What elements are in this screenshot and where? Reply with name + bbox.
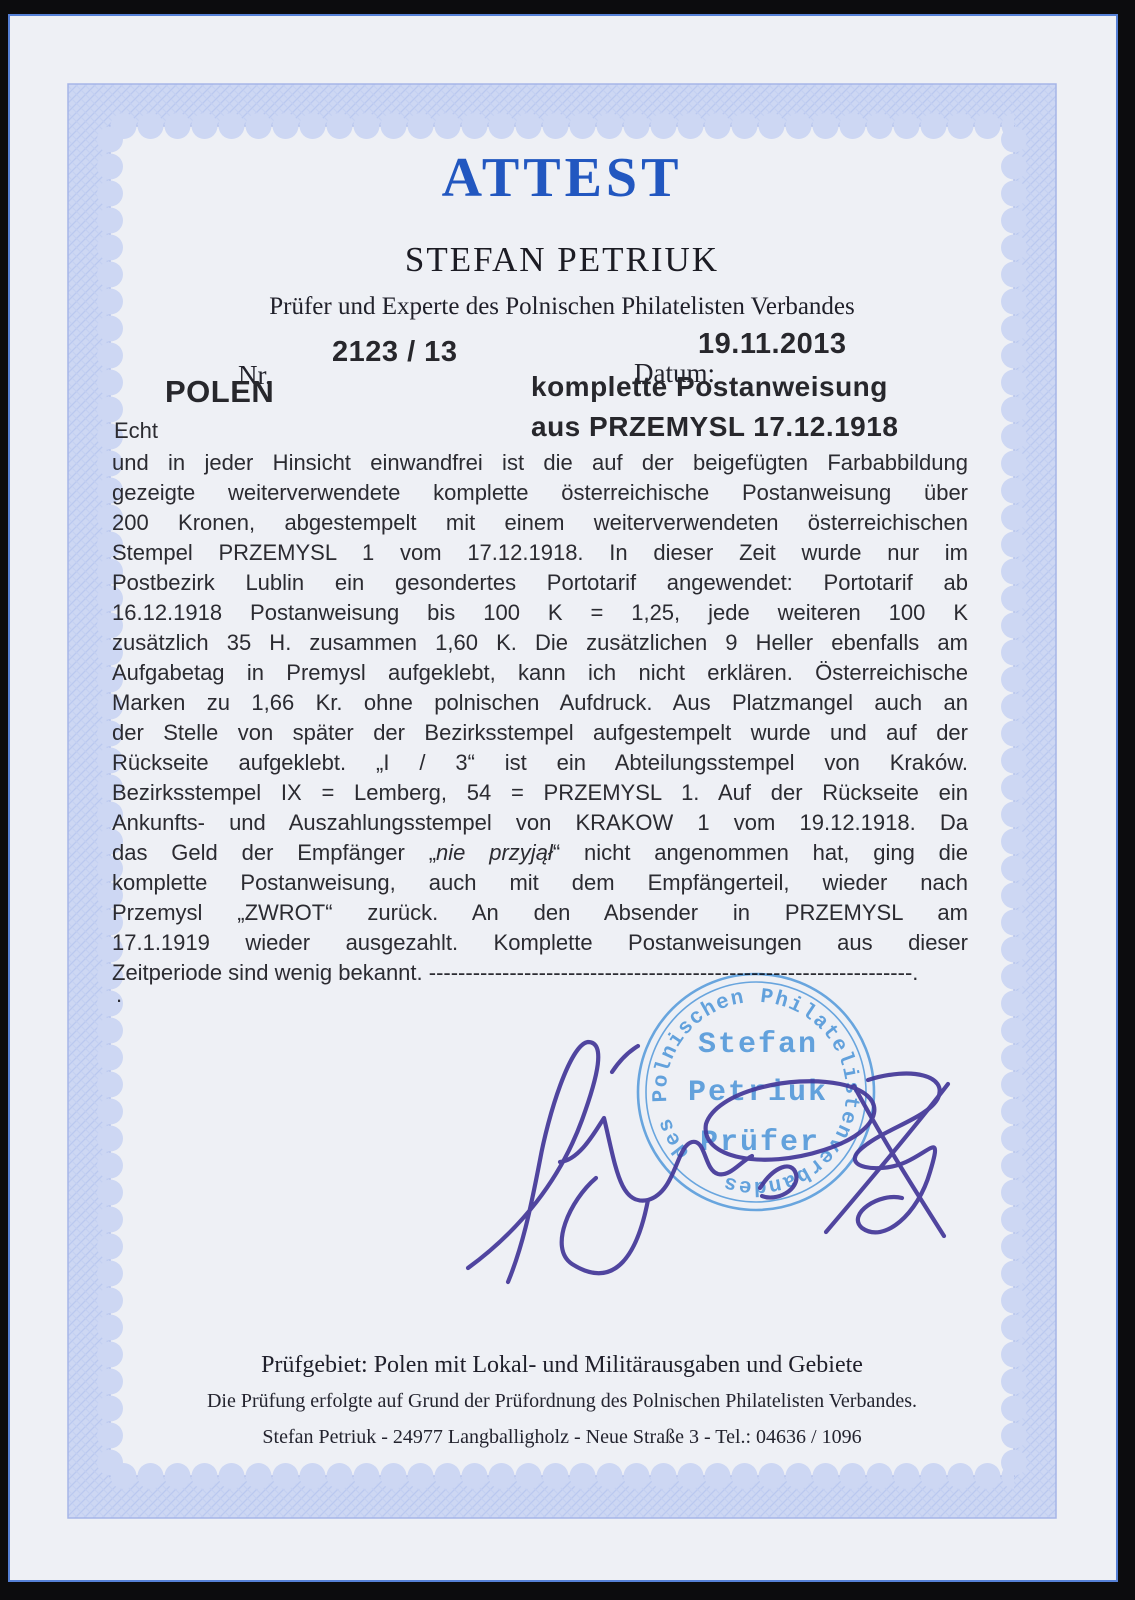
svg-text:Stefan: Stefan xyxy=(698,1028,818,1062)
stamp-signature-layer: des Polnischen Philatelistenverbandes St… xyxy=(0,0,1135,1600)
photo-background: ATTEST STEFAN PETRIUK Prüfer und Experte… xyxy=(0,0,1135,1600)
